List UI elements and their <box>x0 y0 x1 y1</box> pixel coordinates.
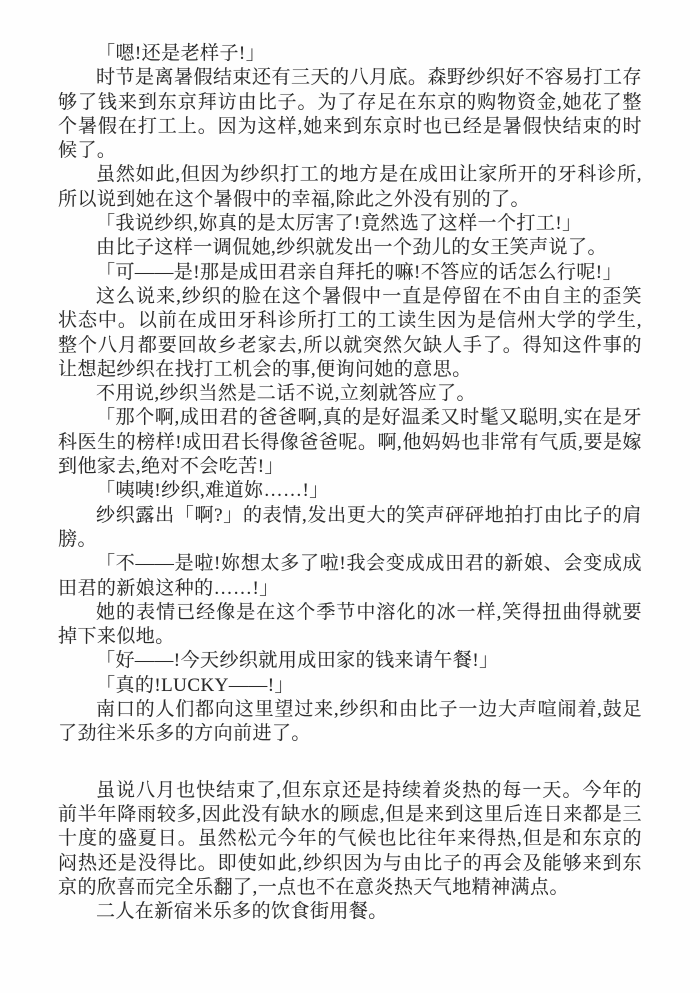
paragraph: 由比子这样一调侃她,纱织就发出一个劲儿的女王笑声说了。 <box>58 236 642 260</box>
paragraph: 不用说,纱织当然是二话不说,立刻就答应了。 <box>58 382 642 406</box>
paragraph: 时节是离暑假结束还有三天的八月底。森野纱织好不容易打工存够了钱来到东京拜访由比子… <box>58 66 642 163</box>
text-section-2: 虽说八月也快结束了,但东京还是持续着炎热的每一天。今年的前半年降雨较多,因此没有… <box>58 779 642 925</box>
page-text-block: 「嗯!还是老样子!」时节是离暑假结束还有三天的八月底。森野纱织好不容易打工存够了… <box>58 42 642 924</box>
paragraph: 「不——是啦!妳想太多了啦!我会变成成田君的新娘、会变成成田君的新娘这种的……!… <box>58 552 642 601</box>
paragraph: 「真的!LUCKY——!」 <box>58 674 642 698</box>
paragraph: 「那个啊,成田君的爸爸啊,真的是好温柔又时髦又聪明,实在是牙科医生的榜样!成田君… <box>58 406 642 479</box>
paragraph: 「我说纱织,妳真的是太厉害了!竟然选了这样一个打工!」 <box>58 212 642 236</box>
paragraph: 这么说来,纱织的脸在这个暑假中一直是停留在不由自主的歪笑状态中。以前在成田牙科诊… <box>58 285 642 382</box>
paragraph: 「咦咦!纱织,难道妳……!」 <box>58 479 642 503</box>
paragraph: 「嗯!还是老样子!」 <box>58 42 642 66</box>
paragraph: 她的表情已经像是在这个季节中溶化的冰一样,笑得扭曲得就要掉下来似地。 <box>58 601 642 650</box>
paragraph: 「可——是!那是成田君亲自拜托的嘛!不答应的话怎么行呢!」 <box>58 261 642 285</box>
book-page: 「嗯!还是老样子!」时节是离暑假结束还有三天的八月底。森野纱织好不容易打工存够了… <box>0 0 700 993</box>
paragraph: 南口的人们都向这里望过来,纱织和由比子一边大声喧闹着,鼓足了劲往米乐多的方向前进… <box>58 698 642 747</box>
paragraph: 虽然如此,但因为纱织打工的地方是在成田让家所开的牙科诊所,所以说到她在这个暑假中… <box>58 163 642 212</box>
paragraph: 二人在新宿米乐多的饮食街用餐。 <box>58 900 642 924</box>
paragraph: 虽说八月也快结束了,但东京还是持续着炎热的每一天。今年的前半年降雨较多,因此没有… <box>58 779 642 900</box>
paragraph: 「好——!今天纱织就用成田家的钱来请午餐!」 <box>58 649 642 673</box>
text-section-1: 「嗯!还是老样子!」时节是离暑假结束还有三天的八月底。森野纱织好不容易打工存够了… <box>58 42 642 747</box>
paragraph: 纱织露出「啊?」的表情,发出更大的笑声砰砰地拍打由比子的肩膀。 <box>58 504 642 553</box>
